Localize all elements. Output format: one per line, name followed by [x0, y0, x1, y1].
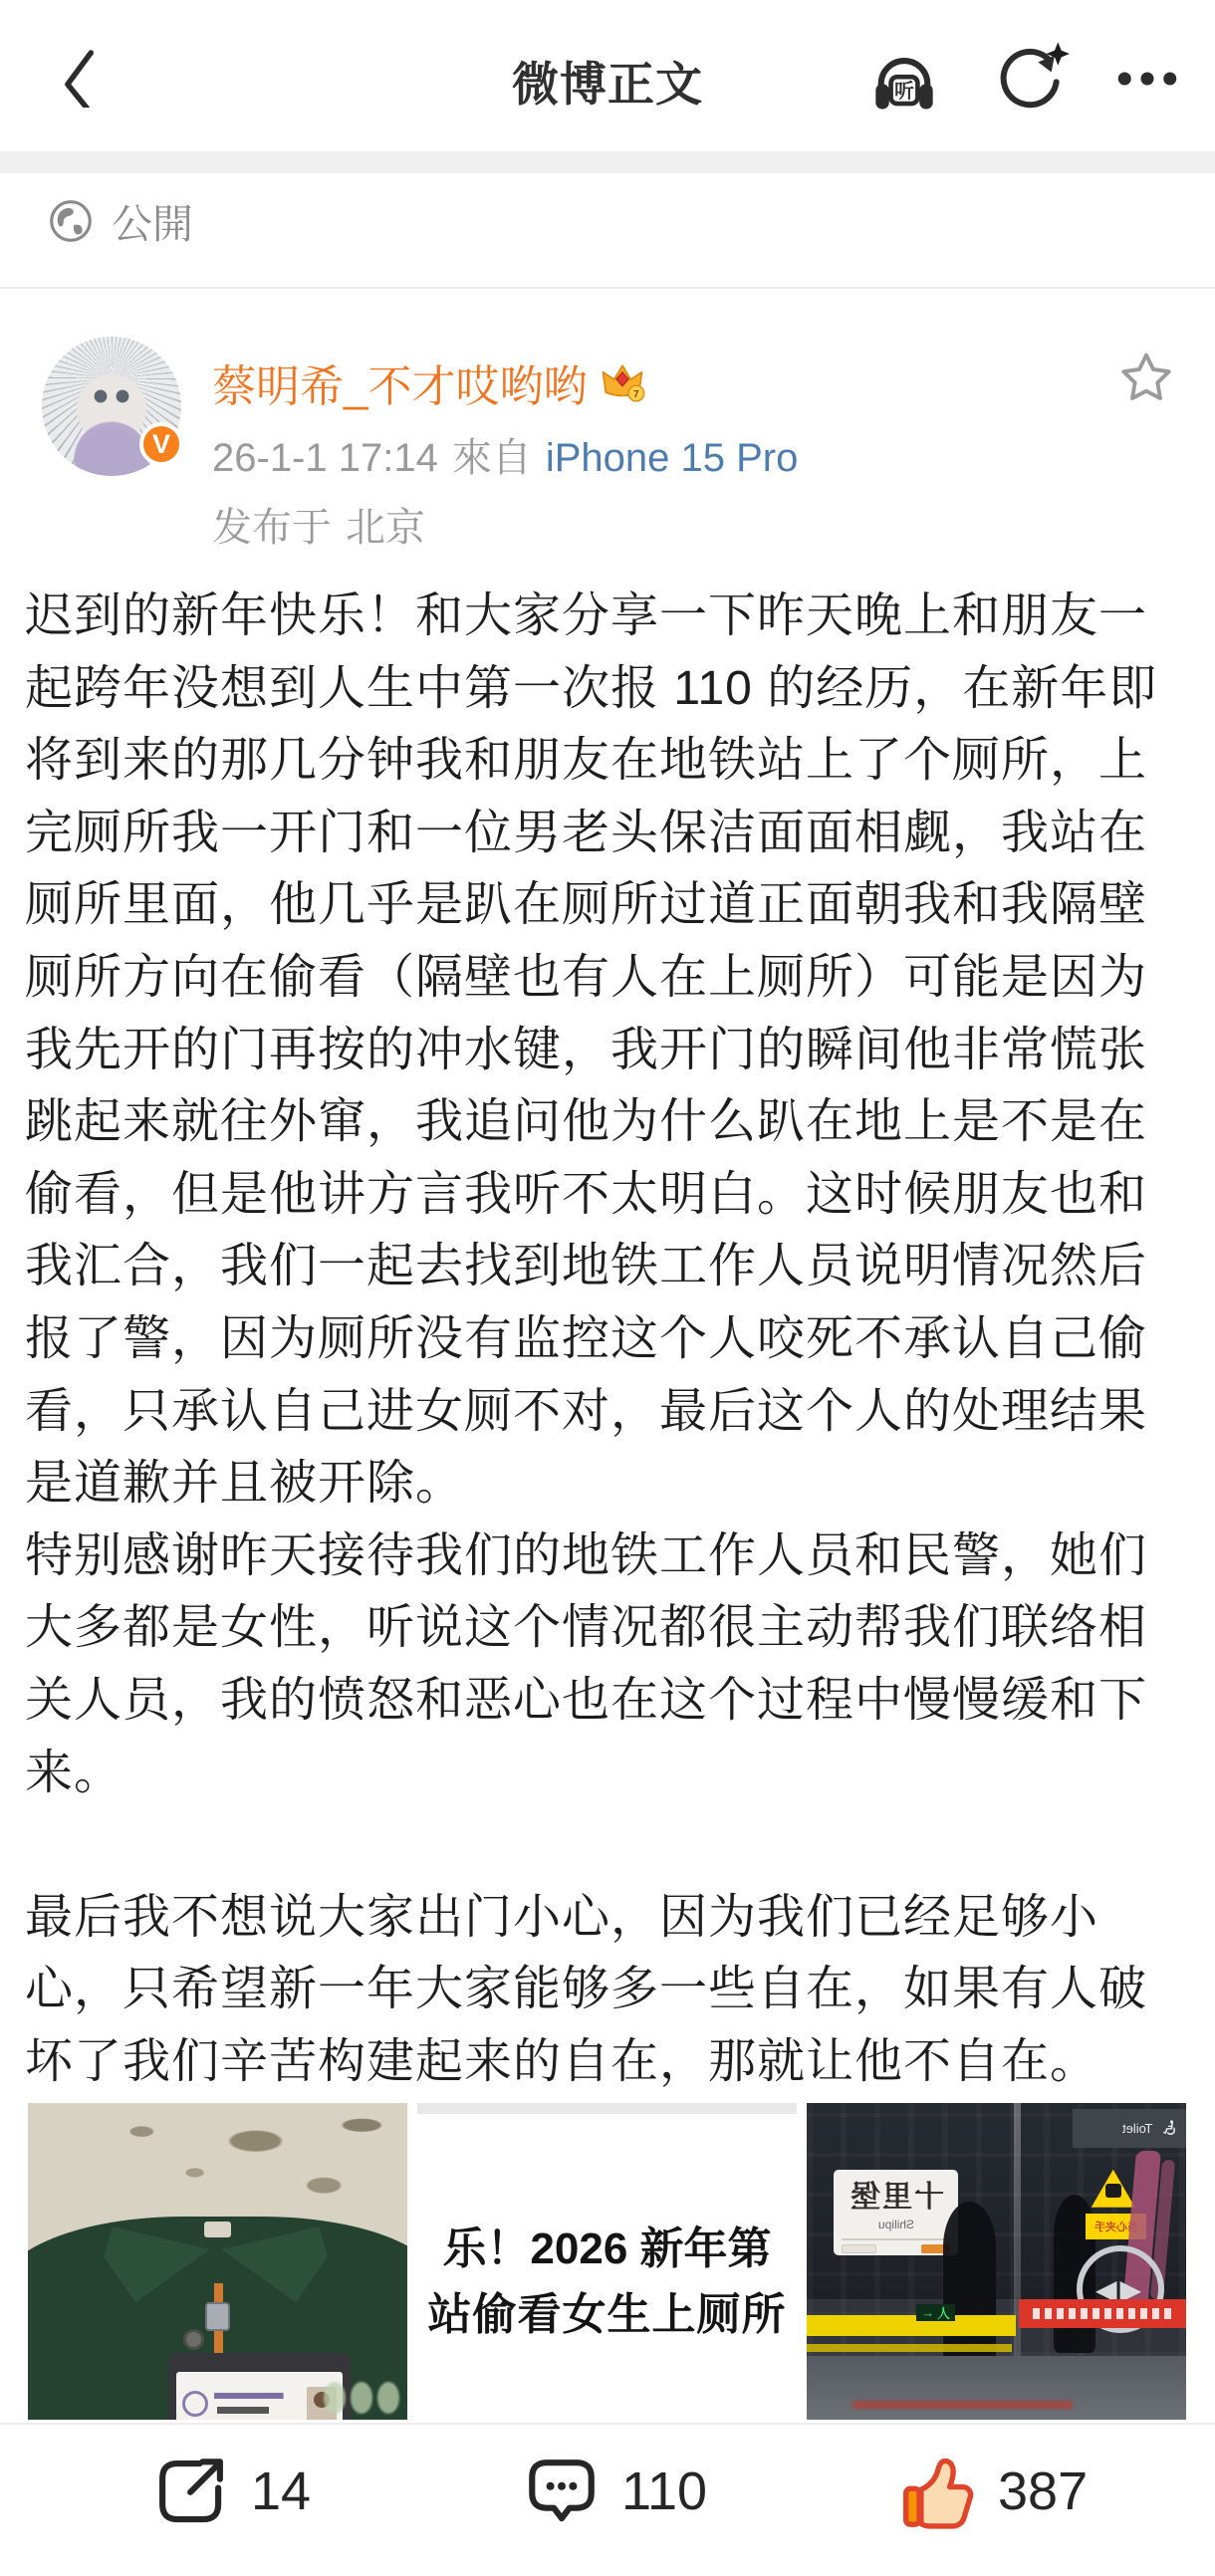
- favorite-star-icon[interactable]: [1117, 349, 1175, 406]
- post-line: 报了警，因为厕所没有监控这个人咬死不承认自己偷: [25, 1303, 1190, 1376]
- publish-label: 发布于: [212, 496, 332, 553]
- like-count: 387: [998, 2460, 1088, 2522]
- thumbs-up-icon: [894, 2449, 980, 2534]
- comment-icon: [520, 2450, 604, 2533]
- badge-clip: [183, 2329, 204, 2350]
- post-image-text-screenshot[interactable]: 乐！2026 新年第 站偷看女生上厕所: [417, 2103, 797, 2420]
- toilet-sign: Toilet ♿: [1073, 2109, 1186, 2147]
- more-options-icon[interactable]: [1107, 36, 1187, 121]
- nav-actions: 听: [856, 36, 1187, 121]
- share-button[interactable]: 14: [149, 2447, 311, 2536]
- comment-count: 110: [621, 2460, 707, 2522]
- publish-location: 北京: [346, 496, 425, 553]
- badge-text-lines: [214, 2391, 302, 2417]
- zipper-pull: [205, 2302, 230, 2331]
- listen-audio-icon[interactable]: 听: [856, 36, 952, 121]
- post-line: 迟到的新年快乐！和大家分享一下昨天晚上和朋友一: [25, 581, 1190, 653]
- post-line: 起跨年没想到人生中第一次报 110 的经历，在新年即: [25, 653, 1190, 726]
- station-sign-line: [842, 2238, 949, 2253]
- svg-text:7: 7: [634, 389, 640, 400]
- post-line: 看，只承认自己进女厕不对，最后这个人的处理结果: [25, 1376, 1190, 1449]
- verified-v-badge: V: [139, 422, 183, 466]
- globe-icon: [46, 196, 96, 246]
- screenshot-text-line2: 站偷看女生上厕所: [417, 2282, 797, 2348]
- weibo-post-screen: 微博正文 听: [0, 0, 1215, 2576]
- toilet-sign-label: Toilet: [1122, 2121, 1152, 2136]
- post-line: 厕所方向在偷看（隔壁也有人在上厕所）可能是因为: [25, 942, 1190, 1015]
- top-nav-bar: 微博正文 听: [0, 0, 1215, 151]
- post-time: 26-1-1 17:14: [212, 436, 438, 481]
- post-image-subway-station[interactable]: Toilet ♿ 十里堡 Shilipu 当心夹手 ◀▶ ←人: [807, 2103, 1186, 2420]
- post-line: 特别感谢昨天接待我们的地铁工作人员和民警，她们: [25, 1521, 1190, 1593]
- platform-yellow-stripe: [807, 2315, 1016, 2336]
- post-line: 完厕所我一开门和一位男老头保洁面面相觑，我站在: [25, 798, 1190, 870]
- divider: [0, 287, 1215, 289]
- screenshot-text: 乐！2026 新年第 站偷看女生上厕所: [417, 2217, 797, 2348]
- platform-yellow-stripe: [807, 2344, 1012, 2352]
- comment-button[interactable]: 110: [520, 2447, 707, 2536]
- collar-tag: [204, 2222, 231, 2237]
- share-count: 14: [251, 2460, 311, 2522]
- vip-crown-icon: 7: [599, 361, 646, 403]
- id-badge-card: [176, 2372, 344, 2420]
- post-line: 厕所里面，他几乎是趴在厕所过道正面朝我和我隔壁: [25, 869, 1190, 942]
- post-line: 心，只希望新一年大家能够多一些自在，如果有人破: [25, 1954, 1190, 2026]
- author-name[interactable]: 蔡明希_不才哎哟哟 7: [212, 351, 646, 414]
- post-line: 偷看，但是他讲方言我听不太明白。这时候朋友也和: [25, 1159, 1190, 1232]
- post-line: [25, 1809, 1190, 1882]
- ai-refresh-icon[interactable]: [990, 36, 1070, 121]
- platform-floor: [807, 2356, 1186, 2420]
- wheelchair-icon: ♿: [1160, 2116, 1178, 2141]
- station-name-sign: 十里堡 Shilipu: [834, 2170, 959, 2255]
- post-image-uniform[interactable]: [28, 2103, 407, 2420]
- visibility-row[interactable]: 公開: [46, 191, 193, 250]
- post-images: 乐！2026 新年第 站偷看女生上厕所 Toilet ♿ 十里堡 Shilipu…: [28, 2103, 1187, 2420]
- shirt-print: [324, 2382, 399, 2414]
- post-line: 跳起来就往外窜，我追问他为什么趴在地上是不是在: [25, 1086, 1190, 1159]
- visibility-label: 公開: [112, 191, 193, 250]
- like-button[interactable]: 387: [894, 2447, 1088, 2536]
- post-line: 坏了我们辛苦构建起来的自在，那就让他不自在。: [25, 2026, 1190, 2099]
- person-reflection: [943, 2202, 996, 2379]
- station-pinyin: Shilipu: [878, 2218, 914, 2231]
- bottom-action-bar: 14 110 387: [0, 2423, 1215, 2576]
- screenshot-text-line1: 乐！2026 新年第: [417, 2217, 797, 2282]
- post-line: 大多都是女性，听说这个情况都很主动帮我们联络相: [25, 1592, 1190, 1665]
- location-row: 发布于 北京: [212, 496, 425, 553]
- station-name: 十里堡: [849, 2172, 944, 2216]
- red-warning-banner: [1019, 2299, 1186, 2328]
- post-meta-row: 26-1-1 17:14 來自 iPhone 15 Pro: [212, 426, 798, 483]
- post-line: 我先开的门再按的冲水键，我开门的瞬间他非常慌张: [25, 1015, 1190, 1087]
- svg-text:听: 听: [894, 80, 914, 103]
- post-line: 最后我不想说大家出门小心，因为我们已经足够小: [25, 1882, 1190, 1955]
- post-line: 是道歉并且被开除。: [25, 1448, 1190, 1521]
- metro-logo-icon: [182, 2391, 208, 2417]
- post-line: 关人员，我的愤怒和恶心也在这个过程中慢慢缓和下: [25, 1665, 1190, 1738]
- reflected-red-text: [852, 2401, 1073, 2409]
- from-label: 來自: [452, 426, 532, 483]
- post-body: 迟到的新年快乐！和大家分享一下昨天晚上和朋友一起跨年没想到人生中第一次报 110…: [25, 581, 1190, 2098]
- post-line: 将到来的那几分钟我和朋友在地铁站上了个厕所，上: [25, 725, 1190, 798]
- exit-sign: ←人: [916, 2304, 954, 2321]
- share-icon: [149, 2450, 233, 2533]
- device-link[interactable]: iPhone 15 Pro: [546, 436, 799, 481]
- post-line: 来。: [25, 1738, 1190, 1810]
- screenshot-gray-strip: [417, 2103, 797, 2114]
- section-separator: [0, 151, 1215, 173]
- post-line: 我汇合，我们一起去找到地铁工作人员说明情况然后: [25, 1231, 1190, 1303]
